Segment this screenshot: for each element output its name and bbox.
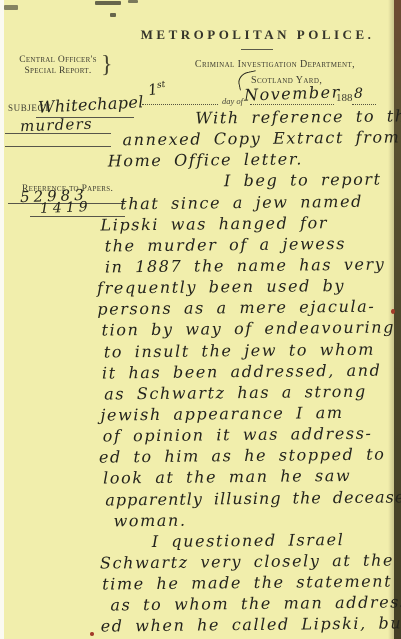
title-rule — [241, 49, 273, 50]
day-suffix: st — [156, 80, 166, 91]
day-of-label: day of — [222, 96, 243, 106]
document-title: METROPOLITAN POLICE. — [120, 27, 395, 43]
report-type-line1: Central Officer's — [8, 55, 108, 66]
report-type-label: Central Officer's Special Report. — [8, 55, 108, 77]
police-report-document: METROPOLITAN POLICE. Criminal Investigat… — [0, 0, 401, 639]
department-line: Criminal Investigation Department, — [165, 59, 385, 70]
report-type-line2: Special Report. — [8, 66, 108, 77]
ink-mark — [95, 1, 121, 5]
scan-edge-left — [0, 0, 4, 639]
handwritten-year-digit: 8 — [354, 86, 363, 102]
handwritten-month: November — [244, 82, 341, 104]
handwritten-day: 1st — [147, 79, 167, 99]
report-body: With reference to the annexed Copy Extra… — [95, 106, 401, 638]
ink-mark — [128, 0, 138, 3]
ink-mark — [110, 13, 116, 17]
ink-mark — [4, 5, 18, 10]
reference-number-bottom: 1419 — [40, 199, 92, 217]
handwritten-line: ed when he called Lipski, but — [101, 614, 401, 638]
brace-glyph: } — [101, 52, 113, 79]
red-speck — [90, 632, 94, 636]
